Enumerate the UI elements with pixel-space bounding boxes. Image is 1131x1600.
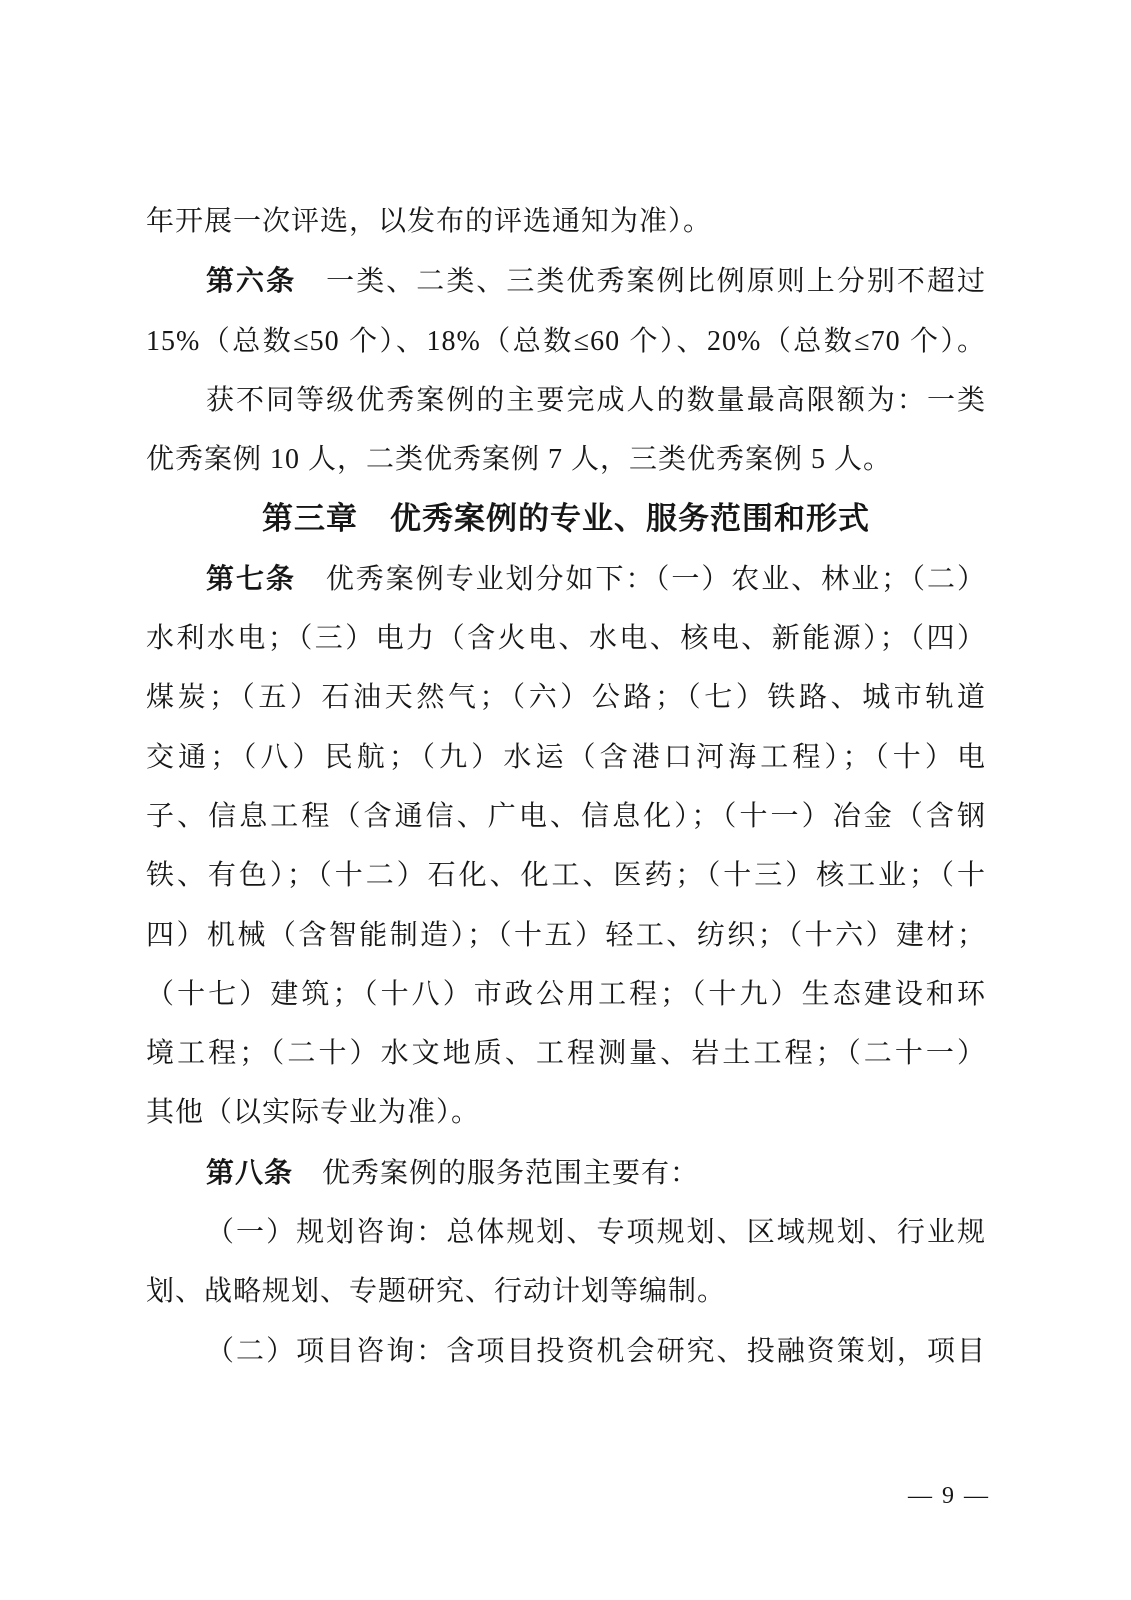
document-line: 四）机械（含智能制造）；（十五）轻工、纺织；（十六）建材； — [146, 906, 986, 965]
text-segment: 一类、二类、三类优秀案例比例原则上分别不超过 — [296, 266, 986, 297]
document-line: 第七条 优秀案例专业划分如下：（一）农业、林业；（二） — [146, 549, 986, 609]
article-number-label: 第三章 优秀案例的专业、服务范围和形式 — [262, 501, 870, 536]
document-page: 年开展一次评选，以发布的评选通知为准）。第六条 一类、二类、三类优秀案例比例原则… — [0, 0, 1131, 1600]
document-body: 年开展一次评选，以发布的评选通知为准）。第六条 一类、二类、三类优秀案例比例原则… — [146, 192, 986, 1381]
text-segment: 交通；（八）民航；（九）水运（含港口河海工程）；（十）电 — [146, 742, 986, 773]
document-line: 第六条 一类、二类、三类优秀案例比例原则上分别不超过 — [146, 251, 986, 311]
text-segment: （一）规划咨询：总体规划、专项规划、区域规划、行业规 — [206, 1217, 986, 1248]
text-segment: 其他（以实际专业为准）。 — [146, 1097, 480, 1128]
document-line: 境工程；（二十）水文地质、工程测量、岩土工程；（二十一） — [146, 1024, 986, 1083]
text-segment: 15%（总数≤50 个）、18%（总数≤60 个）、20%（总数≤70 个）。 — [146, 326, 986, 357]
document-line: 年开展一次评选，以发布的评选通知为准）。 — [146, 192, 986, 251]
document-line: 交通；（八）民航；（九）水运（含港口河海工程）；（十）电 — [146, 728, 986, 787]
document-line: 划、战略规划、专题研究、行动计划等编制。 — [146, 1262, 986, 1321]
text-segment: 划、战略规划、专题研究、行动计划等编制。 — [146, 1276, 726, 1307]
text-segment: 获不同等级优秀案例的主要完成人的数量最高限额为：一类 — [206, 385, 986, 416]
text-segment: 境工程；（二十）水文地质、工程测量、岩土工程；（二十一） — [146, 1038, 986, 1069]
chapter-heading: 第三章 优秀案例的专业、服务范围和形式 — [146, 489, 986, 548]
document-line: 优秀案例 10 人，二类优秀案例 7 人，三类优秀案例 5 人。 — [146, 430, 986, 489]
article-number-label: 第八条 — [206, 1157, 293, 1188]
text-segment: 子、信息工程（含通信、广电、信息化）；（十一）冶金（含钢 — [146, 801, 986, 832]
text-segment: 煤炭；（五）石油天然气；（六）公路；（七）铁路、城市轨道 — [146, 682, 986, 713]
text-segment: （十七）建筑；（十八）市政公用工程；（十九）生态建设和环 — [146, 979, 986, 1010]
text-segment: 优秀案例的服务范围主要有： — [293, 1158, 699, 1189]
text-segment: 四）机械（含智能制造）；（十五）轻工、纺织；（十六）建材； — [146, 920, 986, 951]
document-line: 水利水电；（三）电力（含火电、水电、核电、新能源）；（四） — [146, 609, 986, 668]
text-segment: 铁、有色）；（十二）石化、化工、医药；（十三）核工业；（十 — [146, 860, 986, 891]
document-line: 铁、有色）；（十二）石化、化工、医药；（十三）核工业；（十 — [146, 846, 986, 905]
document-line: （十七）建筑；（十八）市政公用工程；（十九）生态建设和环 — [146, 965, 986, 1024]
article-number-label: 第六条 — [206, 265, 296, 296]
document-line: 15%（总数≤50 个）、18%（总数≤60 个）、20%（总数≤70 个）。 — [146, 312, 986, 371]
text-segment: 年开展一次评选，以发布的评选通知为准）。 — [146, 206, 712, 237]
document-line: （一）规划咨询：总体规划、专项规划、区域规划、行业规 — [146, 1203, 986, 1262]
text-segment: 水利水电；（三）电力（含火电、水电、核电、新能源）；（四） — [146, 623, 986, 654]
document-line: 煤炭；（五）石油天然气；（六）公路；（七）铁路、城市轨道 — [146, 668, 986, 727]
document-line: 获不同等级优秀案例的主要完成人的数量最高限额为：一类 — [146, 371, 986, 430]
document-line: 其他（以实际专业为准）。 — [146, 1083, 986, 1142]
text-segment: 优秀案例专业划分如下：（一）农业、林业；（二） — [296, 564, 986, 595]
document-line: 第八条 优秀案例的服务范围主要有： — [146, 1143, 986, 1203]
text-segment: （二）项目咨询：含项目投资机会研究、投融资策划，项目 — [206, 1336, 986, 1367]
document-line: （二）项目咨询：含项目投资机会研究、投融资策划，项目 — [146, 1322, 986, 1381]
page-number: — 9 — — [908, 1481, 990, 1511]
document-line: 子、信息工程（含通信、广电、信息化）；（十一）冶金（含钢 — [146, 787, 986, 846]
article-number-label: 第七条 — [206, 563, 296, 594]
text-segment: 优秀案例 10 人，二类优秀案例 7 人，三类优秀案例 5 人。 — [146, 444, 892, 475]
